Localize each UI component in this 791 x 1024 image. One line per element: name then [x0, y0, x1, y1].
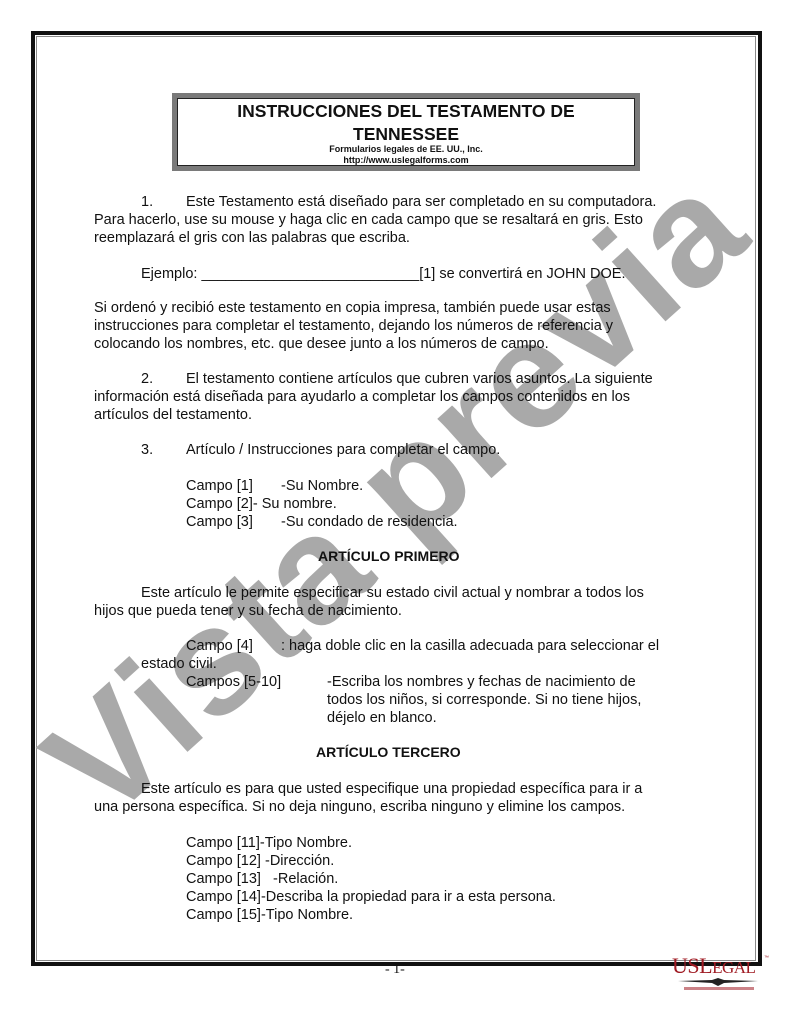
document-title-line2: TENNESSEE — [177, 124, 635, 144]
field-13: Campo [13] -Relación. — [186, 870, 338, 888]
articulo-tercero-line1: Este artículo es para que usted especifi… — [141, 780, 642, 798]
fields-5-10-line2: todos los niños, si corresponde. Si no t… — [327, 691, 641, 709]
fields-5-10-line3: déjelo en blanco. — [327, 709, 437, 727]
page-number: - 1- — [385, 962, 405, 978]
item1-line2: Para hacerlo, use su mouse y haga clic e… — [94, 211, 643, 229]
print-note-line3: colocando los nombres, etc. que desee ju… — [94, 335, 549, 353]
articulo-tercero-line2: una persona específica. Si no deja ningu… — [94, 798, 625, 816]
item2-number: 2. — [141, 370, 153, 388]
field-2-label: Campo [2] — [186, 496, 253, 512]
print-note-line2: instrucciones para completar el testamen… — [94, 317, 613, 335]
document-page: INSTRUCCIONES DEL TESTAMENTO DE TENNESSE… — [0, 0, 791, 1024]
field-4-desc: : haga doble clic en la casilla adecuada… — [281, 637, 659, 655]
item2-line3: artículos del testamento. — [94, 406, 252, 424]
trademark-symbol: ™ — [764, 955, 769, 961]
field-4-cont: estado civil. — [141, 655, 217, 673]
item3-number: 3. — [141, 441, 153, 459]
articulo-primero-line2: hijos que pueda tener y su fecha de naci… — [94, 602, 402, 620]
field-11: Campo [11]-Tipo Nombre. — [186, 834, 352, 852]
field-3-label: Campo [3] — [186, 513, 253, 531]
item3-text: Artículo / Instrucciones para completar … — [186, 441, 500, 459]
fields-5-10-label: Campos [5-10] — [186, 673, 281, 691]
item1-line3: reemplazará el gris con las palabras que… — [94, 229, 410, 247]
eagle-wings-icon — [678, 978, 758, 986]
example-suffix: [1] se convertirá en JOHN DOE. — [419, 266, 625, 282]
document-title-line1: INSTRUCCIONES DEL TESTAMENTO DE — [177, 101, 635, 121]
publisher-website: http://www.uslegalforms.com — [177, 155, 635, 166]
item1-number: 1. — [141, 193, 153, 211]
field-3-desc: -Su condado de residencia. — [281, 513, 458, 531]
field-2-desc: - Su nombre. — [253, 496, 337, 512]
item2-line1: El testamento contiene artículos que cub… — [186, 370, 653, 388]
field-14: Campo [14]-Describa la propiedad para ir… — [186, 888, 556, 906]
example-line: Ejemplo: ___________________________[1] … — [141, 265, 625, 283]
articulo-primero-line1: Este artículo le permite especificar su … — [141, 584, 644, 602]
example-label: Ejemplo: — [141, 266, 197, 282]
field-15: Campo [15]-Tipo Nombre. — [186, 906, 353, 924]
item2-line2: información está diseñada para ayudarlo … — [94, 388, 630, 406]
logo-wordmark: USLEGAL — [672, 955, 772, 979]
title-box: INSTRUCCIONES DEL TESTAMENTO DE TENNESSE… — [172, 93, 640, 171]
item1-line1: Este Testamento está diseñado para ser c… — [186, 193, 656, 211]
print-note-line1: Si ordenó y recibió este testamento en c… — [94, 299, 611, 317]
fields-5-10-line1: -Escriba los nombres y fechas de nacimie… — [327, 673, 636, 691]
articulo-primero-heading: ARTÍCULO PRIMERO — [318, 548, 460, 564]
field-1-label: Campo [1] — [186, 477, 253, 495]
field-1-desc: -Su Nombre. — [281, 477, 363, 495]
example-blank: ___________________________ — [201, 266, 419, 282]
field-4-label: Campo [4] — [186, 637, 253, 655]
field-2-line: Campo [2]- Su nombre. — [186, 495, 337, 513]
field-12: Campo [12] -Dirección. — [186, 852, 334, 870]
publisher-name: Formularios legales de EE. UU., Inc. — [177, 144, 635, 155]
articulo-tercero-heading: ARTÍCULO TERCERO — [316, 744, 461, 760]
uslegal-logo: USLEGAL ™ — [672, 955, 772, 995]
logo-url-strip — [684, 987, 754, 990]
